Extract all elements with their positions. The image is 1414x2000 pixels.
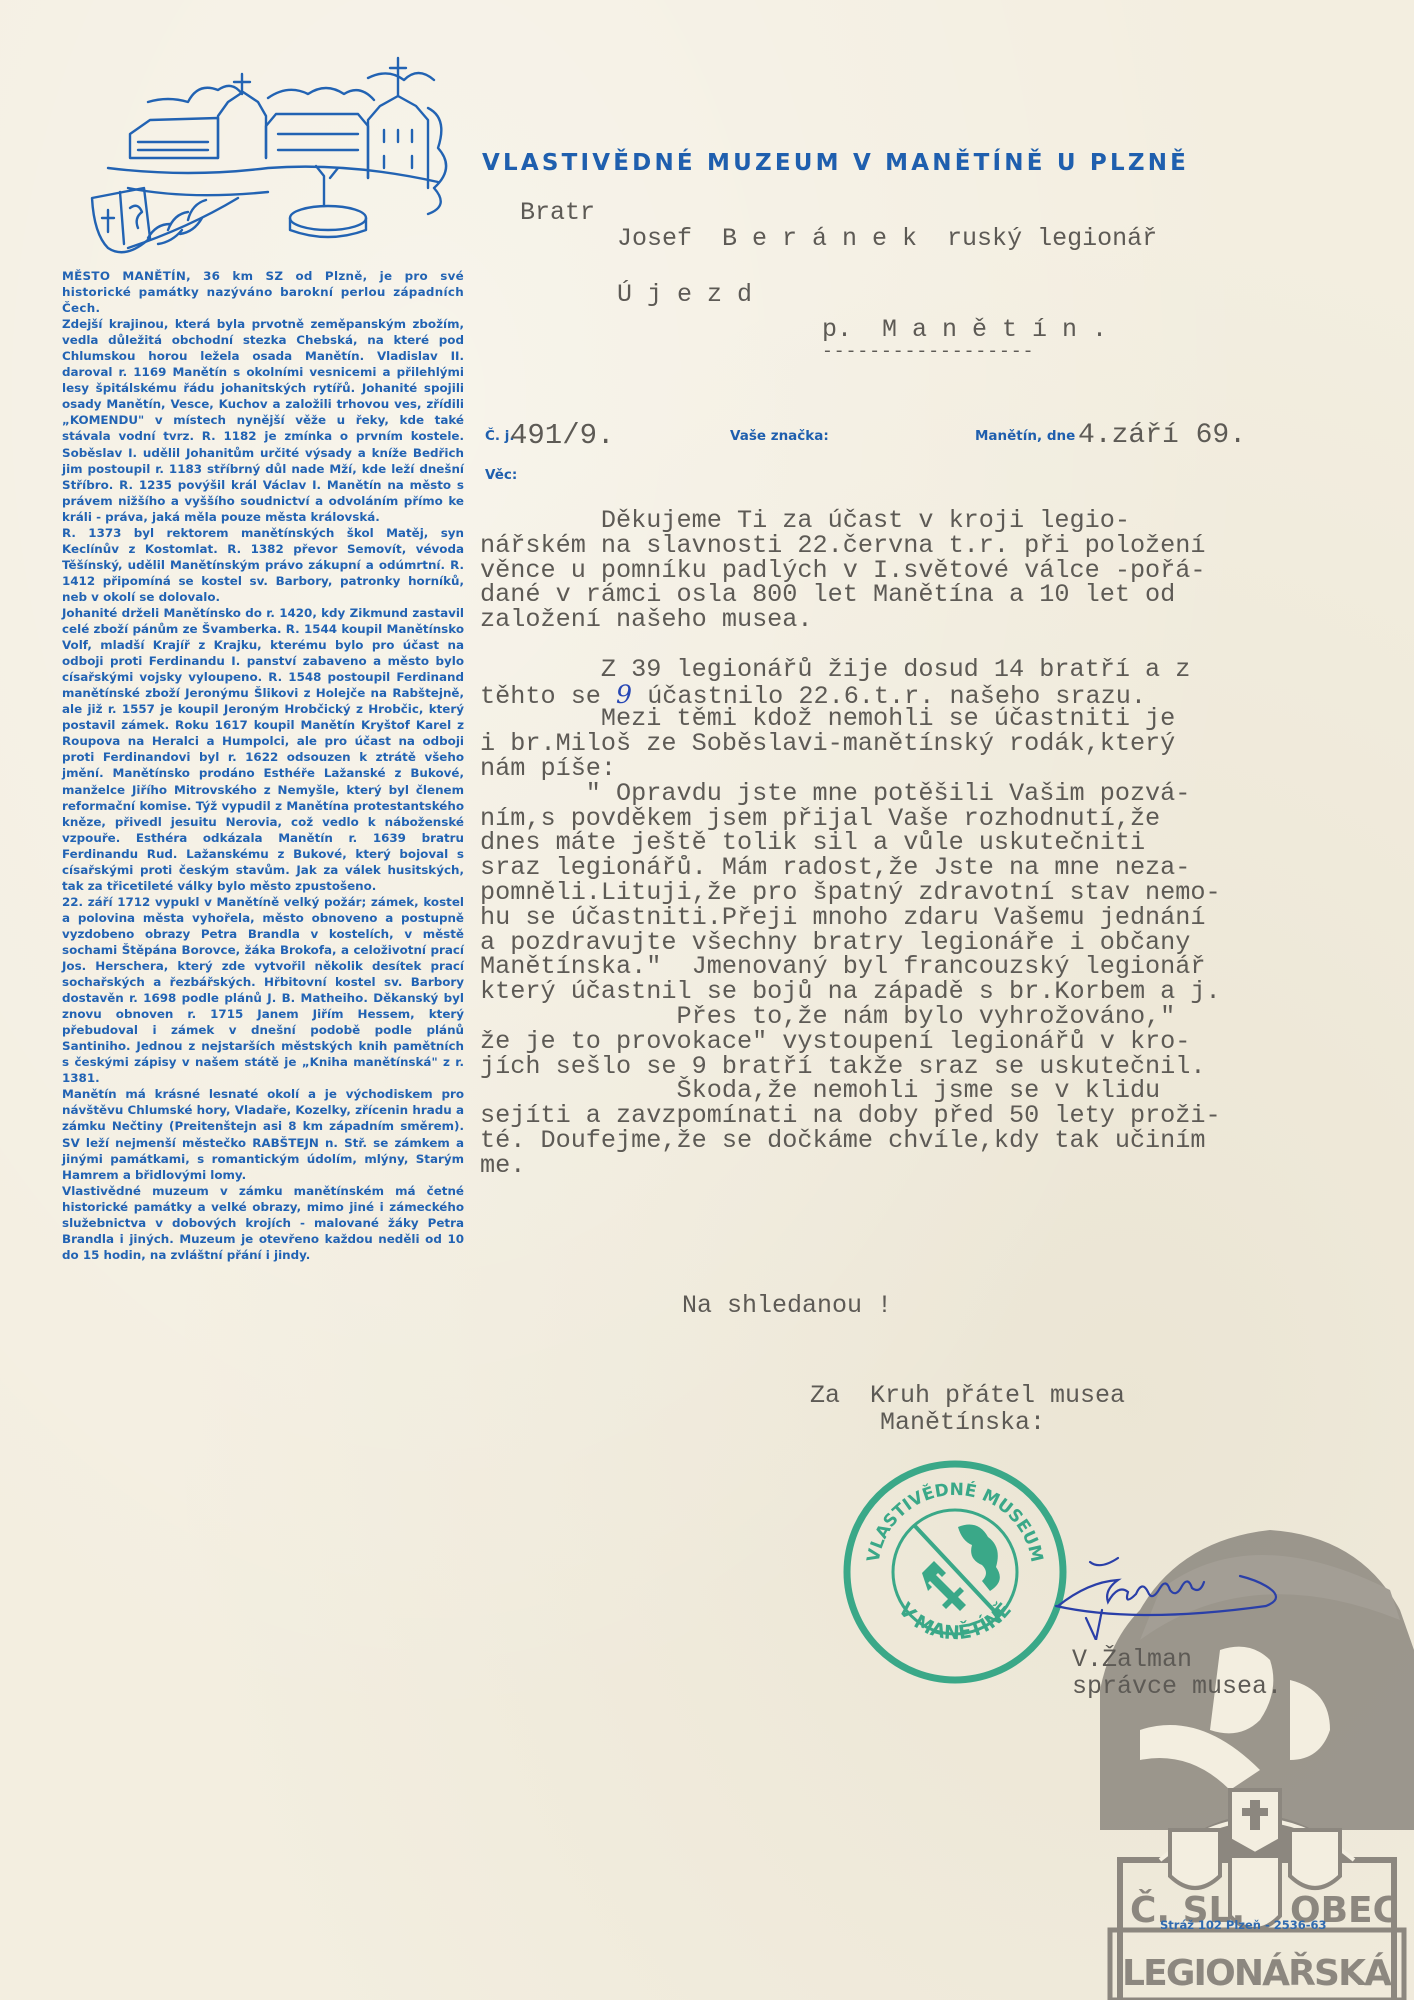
signing-organization-line2: Manětínska: [880,1408,1045,1437]
history-paragraph: 22. září 1712 vypukl v Manětíně velký po… [62,894,464,1087]
letter-line: Přes to,že nám bylo vyhrožováno," [480,1005,1360,1030]
history-paragraph: R. 1373 byl rektorem manětínských škol M… [62,525,464,605]
history-paragraph: MĚSTO MANĚTÍN, 36 km SZ od Plzně, je pro… [62,268,464,316]
letter-line: založení našeho musea. [480,608,1360,633]
address-recipient: Josef B e r á n e k ruský legionář [617,224,1157,253]
letter-line: hu se účastniti.Přeji mnoho zdaru Vašemu… [480,906,1360,931]
address-underline: ------------------ [822,342,1034,362]
address-place: Ú j e z d [617,280,752,309]
letter-line: nářském na slavnosti 22.června t.r. při … [480,534,1360,559]
signing-organization: Za Kruh přátel musea [810,1381,1125,1410]
letter-line: " Opravdu jste mne potěšili Vašim pozvá- [480,782,1360,807]
museum-logo-chateau-icon [68,38,468,258]
date-label: Manětín, dne [975,428,1075,444]
history-paragraph: Vlastivědné muzeum v zámku manětínském m… [62,1183,464,1263]
letter-line: me. [480,1154,1360,1179]
letter-line: té. Doufejme,že se dočkáme chvíle,kdy ta… [480,1129,1360,1154]
signatory-role: správce musea. [1072,1672,1282,1701]
subject-label: Věc: [485,467,517,483]
svg-text:VLASTIVĚDNÉ MUSEUM: VLASTIVĚDNÉ MUSEUM [864,1479,1047,1564]
signatory-name: V.Žalman [1072,1645,1192,1674]
history-paragraph: Johanité drželi Manětínsko do r. 1420, k… [62,605,464,894]
closing-farewell: Na shledanou ! [682,1291,892,1320]
emblem-overprint-text: Stráž 102 Plzeň - 2536-63 [1160,1918,1327,1932]
museum-round-stamp-icon: VLASTIVĚDNÉ MUSEUM V MANĚTÍNĚ [838,1455,1072,1689]
reference-number-value: 491/9. [510,419,614,452]
letter-line: Z 39 legionářů žije dosud 14 bratří a z [480,658,1360,683]
svg-text:LEGIONÁŘSKÁ: LEGIONÁŘSKÁ [1122,1952,1392,1994]
date-value: 4.září 69. [1078,420,1246,451]
town-history-sidebar: MĚSTO MANĚTÍN, 36 km SZ od Plzně, je pro… [62,268,464,1263]
history-paragraph: Zdejší krajinou, která byla prvotně země… [62,316,464,525]
history-paragraph: Manětín má krásné lesnaté okolí a je výc… [62,1086,464,1182]
address-post-office: p. M a n ě t í n . [822,315,1107,344]
address-salutation: Bratr [520,198,595,227]
letter-line: že je to provokace" vystoupení legionářů… [480,1030,1360,1055]
your-reference-label: Vaše značka: [730,428,829,444]
handwritten-signature [1050,1550,1290,1640]
letter-body: Děkujeme Ti za účast v kroji legio-nářsk… [480,509,1360,1179]
letterhead-heading: VLASTIVĚDNÉ MUZEUM V MANĚTÍNĚ U PLZNĚ [482,150,1342,176]
